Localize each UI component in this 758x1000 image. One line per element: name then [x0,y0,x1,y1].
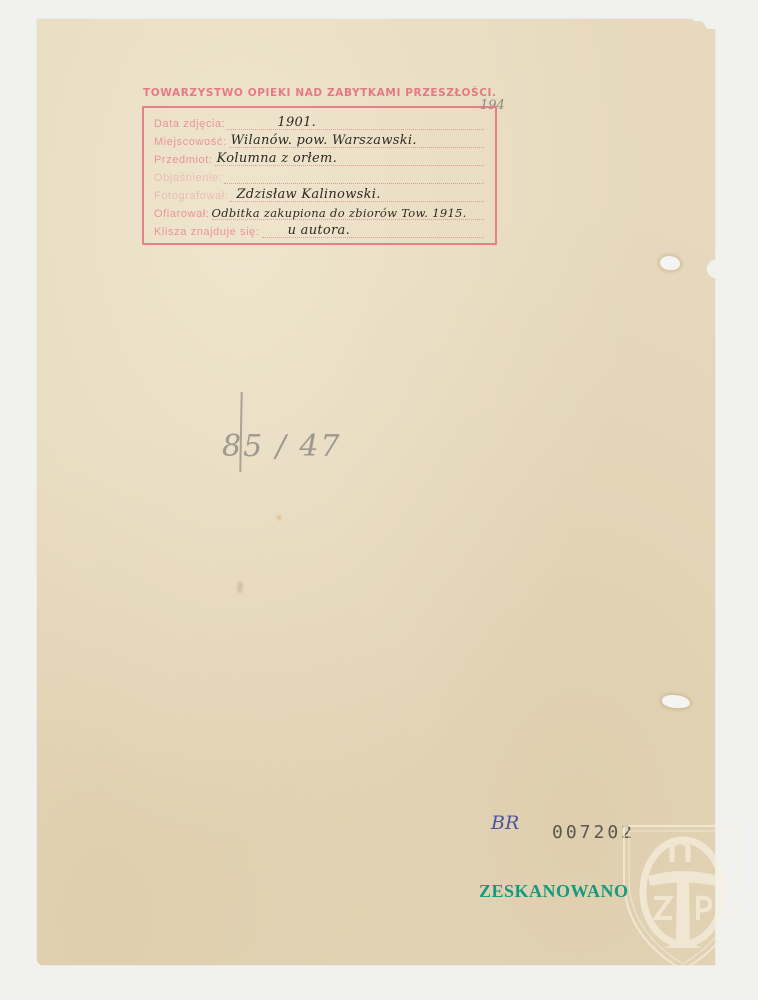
field-line: Wilanów. pow. Warszawski. [229,135,484,148]
field-location: Miejscowość: Wilanów. pow. Warszawski. [154,130,484,148]
field-line [224,171,484,184]
paper-hole-upper [660,256,680,270]
field-line: Zdzisław Kalinowski. [230,189,484,202]
paper-hole-lower [662,695,690,708]
field-date: Data zdjęcia: 1901. [154,112,484,130]
field-label: Data zdjęcia: [154,118,225,130]
stain [237,581,243,593]
field-label: Przedmiot: [154,154,213,166]
field-donor: Ofiarował: Odbitka zakupiona do zbiorów … [154,202,484,220]
ptk-shield-emblem-icon [620,822,746,974]
field-value: Odbitka zakupiona do zbiorów Tow. 1915. [212,206,467,220]
inventory-prefix: BR [491,812,519,834]
field-line: 1901. [227,117,484,130]
field-photographer: Fotografował: Zdzisław Kalinowski. [154,184,484,202]
torn-corner [693,17,717,29]
field-value: Zdzisław Kalinowski. [236,187,380,202]
field-line: u autora. [262,225,484,238]
field-label: Klisza znajduje się: [154,226,260,238]
stain [277,515,281,520]
field-label: Objaśnienie: [154,172,222,184]
stamp-box: Data zdjęcia: 1901. Miejscowość: Wilanów… [142,106,497,245]
field-label: Miejscowość: [154,136,227,148]
field-negative-location: Klisza znajduje się: u autora. [154,220,484,238]
field-label: Ofiarował: [154,208,210,220]
scanned-stamp: ZESKANOWANO [479,881,629,902]
field-line: Odbitka zakupiona do zbiorów Tow. 1915. [212,207,484,220]
field-line: Kolumna z orłem. [215,153,484,166]
field-value: Kolumna z orłem. [217,151,338,166]
field-subject: Przedmiot: Kolumna z orłem. [154,148,484,166]
edge-notch-upper [707,260,723,278]
field-label: Fotografował: [154,190,228,202]
field-value: u autora. [288,223,350,238]
field-description: Objaśnienie: [154,166,484,184]
field-value: 1901. [277,115,316,130]
field-value: Wilanów. pow. Warszawski. [231,133,417,148]
document-paper: TOWARZYSTWO OPIEKI NAD ZABYTKAMI PRZESZŁ… [37,19,715,965]
stamp-title: TOWARZYSTWO OPIEKI NAD ZABYTKAMI PRZESZŁ… [143,87,513,99]
